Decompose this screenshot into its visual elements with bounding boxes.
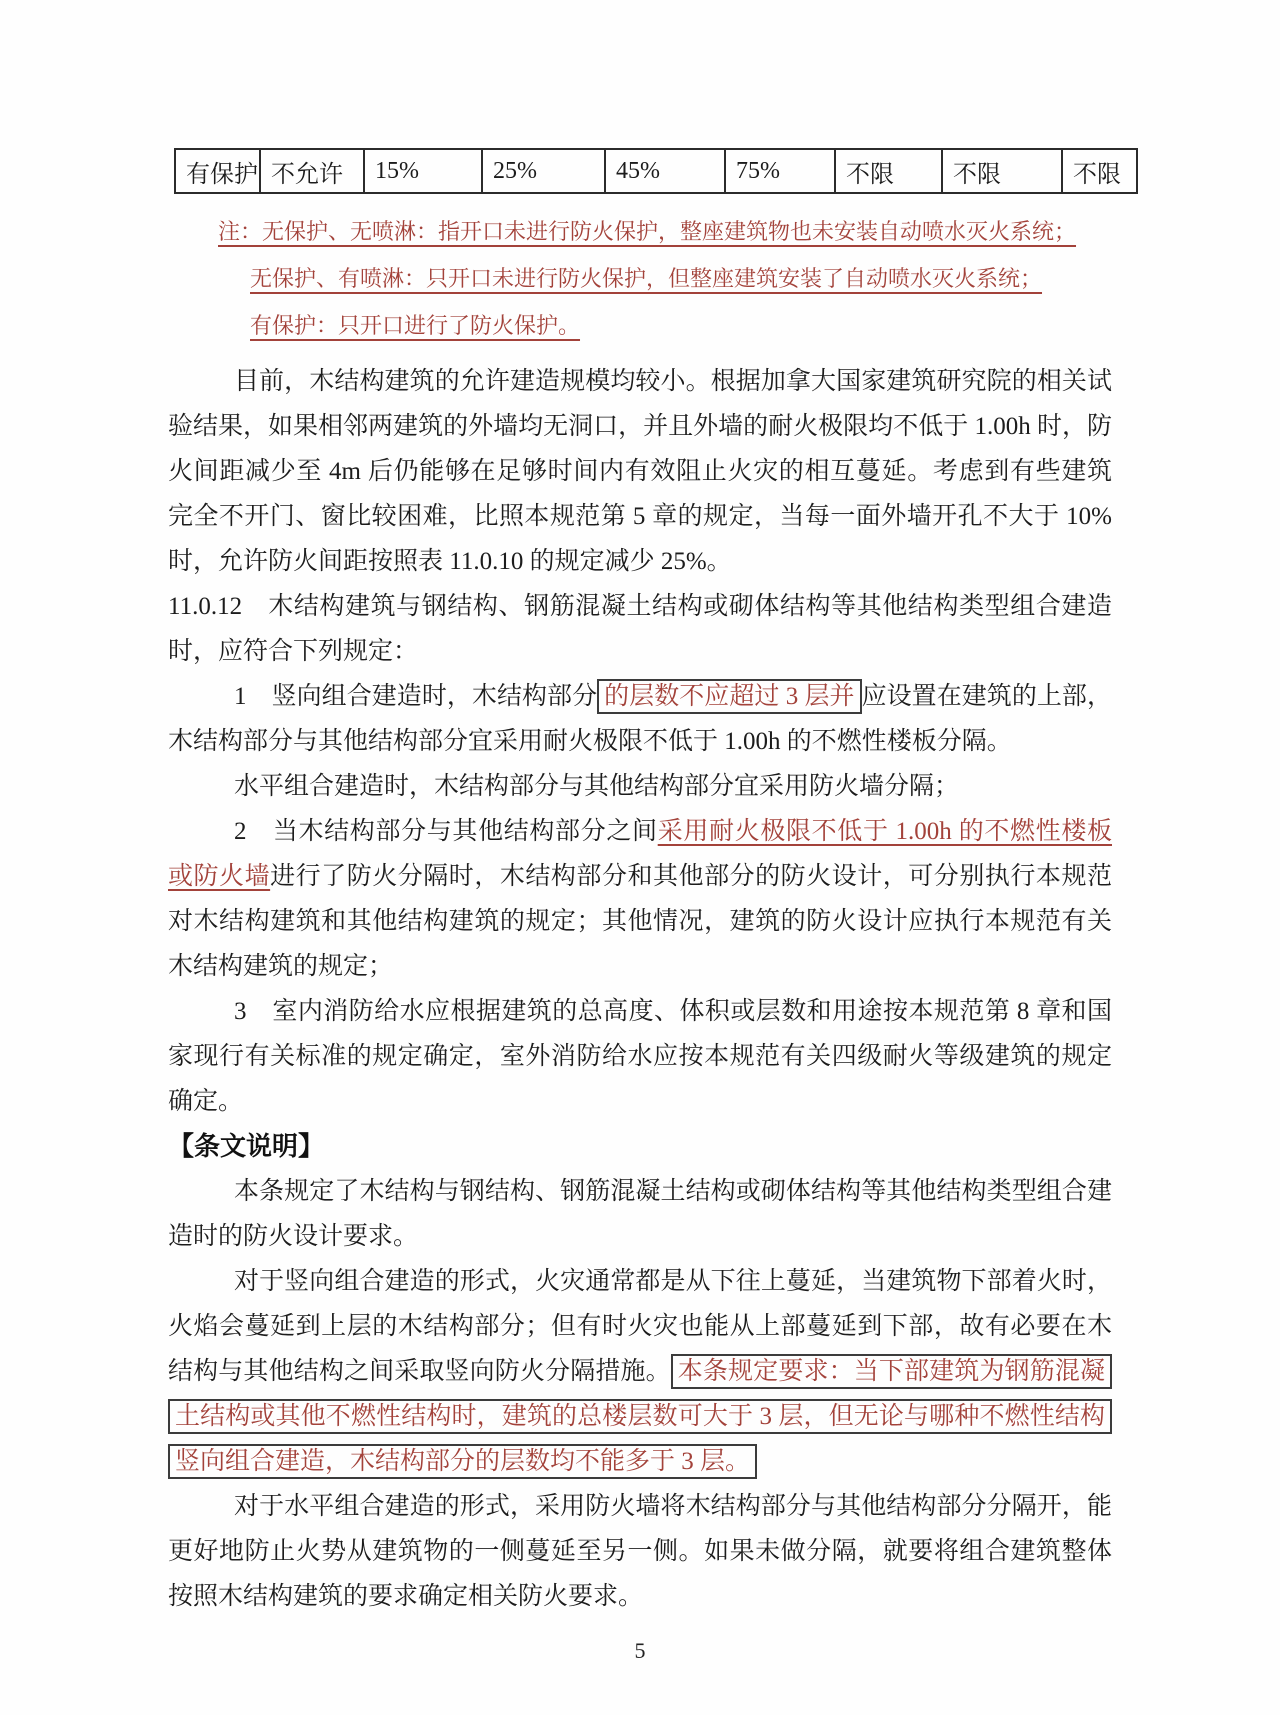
commentary-paragraph-3: 对于水平组合建造的形式，采用防火墙将木结构部分与其他结构部分分隔开，能更好地防止… — [168, 1484, 1112, 1619]
table-cell-unlimited-3: 不限 — [1062, 149, 1137, 193]
page-number: 5 — [0, 1638, 1280, 1664]
table-cell-pct-25: 25% — [482, 149, 605, 193]
clause-item-3: 3 室内消防给水应根据建筑的总高度、体积或层数和用途按本规范第 8 章和国家现行… — [168, 989, 1112, 1124]
note-line-3: 有保护：只开口进行了防火保护。 — [250, 302, 1112, 349]
document-page: 有保护 不允许 15% 25% 45% 75% 不限 不限 不限 注：无保护、无… — [0, 0, 1280, 1715]
revision-boxed-text: 的层数不应超过 3 层并 — [597, 679, 861, 714]
commentary-paragraph-1: 本条规定了木结构与钢结构、钢筋混凝土结构或砌体结构等其他结构类型组合建造时的防火… — [168, 1169, 1112, 1259]
table-cell-not-allowed: 不允许 — [260, 149, 364, 193]
note-line-1: 注：无保护、无喷淋：指开口未进行防火保护，整座建筑物也未安装自动喷水灭火系统； — [218, 208, 1112, 255]
table-cell-unlimited-1: 不限 — [835, 149, 942, 193]
clause-heading-11-0-12: 11.0.12 木结构建筑与钢结构、钢筋混凝土结构或砌体结构等其他结构类型组合建… — [168, 584, 1112, 674]
table-notes: 注：无保护、无喷淋：指开口未进行防火保护，整座建筑物也未安装自动喷水灭火系统； … — [168, 208, 1112, 349]
table-cell-pct-75: 75% — [725, 149, 835, 193]
clause-item-2: 2 当木结构部分与其他结构部分之间采用耐火极限不低于 1.00h 的不燃性楼板或… — [168, 809, 1112, 989]
table-cell-pct-45: 45% — [605, 149, 725, 193]
text-run: 1 竖向组合建造时，木结构部分 — [234, 683, 597, 710]
paragraph-intro: 目前，木结构建筑的允许建造规模均较小。根据加拿大国家建筑研究院的相关试验结果，如… — [168, 359, 1112, 584]
commentary-heading: 【条文说明】 — [168, 1124, 1112, 1169]
commentary-paragraph-2: 对于竖向组合建造的形式，火灾通常都是从下往上蔓延，当建筑物下部着火时，火焰会蔓延… — [168, 1259, 1112, 1484]
fire-separation-table: 有保护 不允许 15% 25% 45% 75% 不限 不限 不限 — [174, 148, 1138, 194]
note-line-2: 无保护、有喷淋：只开口未进行防火保护，但整座建筑安装了自动喷水灭火系统； — [250, 255, 1112, 302]
table-cell-protection: 有保护 — [175, 149, 260, 193]
text-run: 进行了防火分隔时，木结构部分和其他部分的防火设计，可分别执行本规范对木结构建筑和… — [168, 863, 1112, 980]
clause-item-1-horizontal: 水平组合建造时，木结构部分与其他结构部分宜采用防火墙分隔； — [168, 764, 1112, 809]
body-text: 目前，木结构建筑的允许建造规模均较小。根据加拿大国家建筑研究院的相关试验结果，如… — [168, 359, 1112, 1619]
table-row: 有保护 不允许 15% 25% 45% 75% 不限 不限 不限 — [175, 149, 1137, 193]
clause-item-1: 1 竖向组合建造时，木结构部分的层数不应超过 3 层并应设置在建筑的上部，木结构… — [168, 674, 1112, 764]
text-run: 2 当木结构部分与其他结构部分之间 — [234, 818, 658, 845]
table-cell-unlimited-2: 不限 — [942, 149, 1062, 193]
table-cell-pct-15: 15% — [364, 149, 482, 193]
